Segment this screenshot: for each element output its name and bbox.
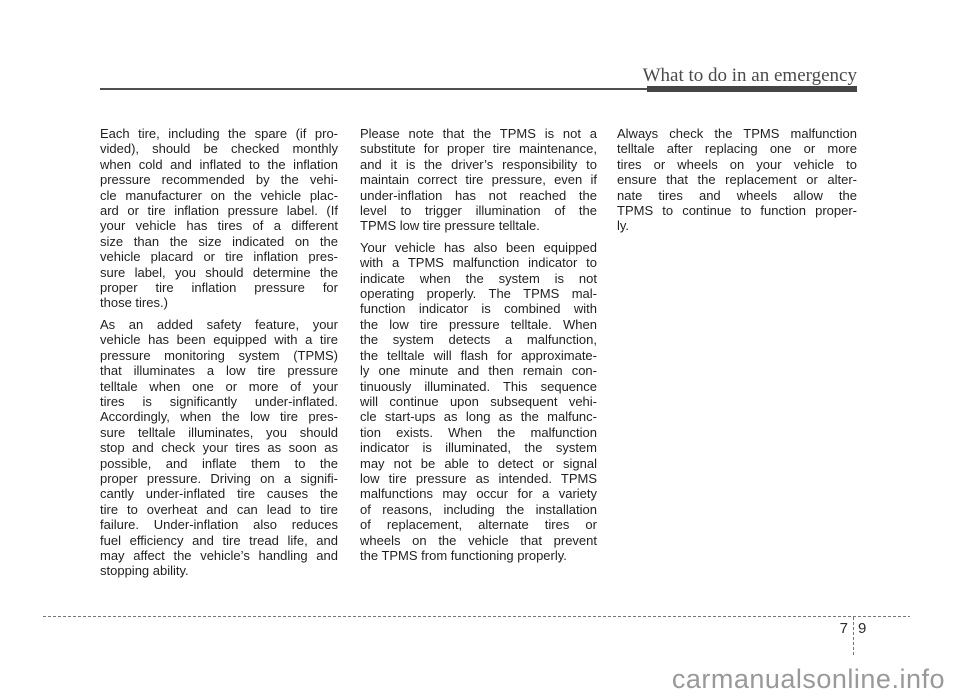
- paragraph: Each tire, including the spare (if pro-v…: [100, 126, 338, 311]
- text-column-3: Always check the TPMS malfunctiontelltal…: [617, 126, 857, 240]
- text-line: the TPMS from functioning properly.: [360, 548, 597, 563]
- text-column-1: Each tire, including the spare (if pro-v…: [100, 126, 338, 585]
- text-line: under-inflation has not reached the: [360, 188, 597, 203]
- page-number: 9: [858, 620, 866, 637]
- footer-divider-line: [853, 617, 854, 656]
- text-line: wheels on the vehicle that prevent: [360, 533, 597, 548]
- text-line: level to trigger illumination of the: [360, 203, 597, 218]
- text-line: TPMS to continue to function proper-: [617, 203, 857, 218]
- text-line: stopping ability.: [100, 563, 338, 578]
- text-line: malfunctions may occur for a variety: [360, 486, 597, 501]
- text-line: low tire pressure as intended. TPMS: [360, 471, 597, 486]
- text-line: fuel efficiency and tire tread life, and: [100, 533, 338, 548]
- text-line: As an added safety feature, your: [100, 317, 338, 332]
- text-line: tion exists. When the malfunction: [360, 425, 597, 440]
- header-rule-thick: [647, 86, 857, 92]
- text-line: failure. Under-inflation also reduces: [100, 517, 338, 532]
- text-line: vided), should be checked monthly: [100, 141, 338, 156]
- text-line: possible, and inflate them to the: [100, 456, 338, 471]
- text-line: when cold and inflated to the inflation: [100, 157, 338, 172]
- chapter-number: 7: [840, 620, 848, 637]
- text-line: vehicle has been equipped with a tire: [100, 332, 338, 347]
- text-line: tire to overheat and can lead to tire: [100, 502, 338, 517]
- text-line: Accordingly, when the low tire pres-: [100, 409, 338, 424]
- text-line: that illuminates a low tire pressure: [100, 363, 338, 378]
- footer-dashed-rule: [43, 616, 910, 617]
- text-line: and it is the driver’s responsibility to: [360, 157, 597, 172]
- text-line: proper tire inflation pressure for: [100, 280, 338, 295]
- text-line: Please note that the TPMS is not a: [360, 126, 597, 141]
- text-line: sure label, you should determine the: [100, 265, 338, 280]
- paragraph: Always check the TPMS malfunctiontelltal…: [617, 126, 857, 234]
- manual-page: What to do in an emergency Each tire, in…: [0, 0, 960, 700]
- text-line: maintain correct tire pressure, even if: [360, 172, 597, 187]
- text-line: tires is significantly under-inflated.: [100, 394, 338, 409]
- text-line: the telltale will flash for approximate-: [360, 348, 597, 363]
- text-line: your vehicle has tires of a different: [100, 218, 338, 233]
- text-line: indicate when the system is not: [360, 271, 597, 286]
- text-line: cle start-ups as long as the malfunc-: [360, 409, 597, 424]
- text-line: nate tires and wheels allow the: [617, 188, 857, 203]
- text-line: tinuously illuminated. This sequence: [360, 379, 597, 394]
- text-line: ly.: [617, 218, 857, 233]
- text-line: stop and check your tires as soon as: [100, 440, 338, 455]
- text-line: cle manufacturer on the vehicle plac-: [100, 188, 338, 203]
- text-line: telltale when one or more of your: [100, 379, 338, 394]
- text-line: may not be able to detect or signal: [360, 456, 597, 471]
- paragraph: Your vehicle has also been equippedwith …: [360, 240, 597, 564]
- text-line: with a TPMS malfunction indicator to: [360, 255, 597, 270]
- text-line: may affect the vehicle’s handling and: [100, 548, 338, 563]
- text-line: telltale after replacing one or more: [617, 141, 857, 156]
- text-line: Your vehicle has also been equipped: [360, 240, 597, 255]
- text-line: ly one minute and then remain con-: [360, 363, 597, 378]
- text-line: pressure recommended by the vehi-: [100, 172, 338, 187]
- text-line: the low tire pressure telltale. When: [360, 317, 597, 332]
- text-column-2: Please note that the TPMS is not asubsti…: [360, 126, 597, 569]
- text-line: ard or tire inflation pressure label. (I…: [100, 203, 338, 218]
- text-line: Each tire, including the spare (if pro-: [100, 126, 338, 141]
- text-line: indicator is illuminated, the system: [360, 440, 597, 455]
- text-line: pressure monitoring system (TPMS): [100, 348, 338, 363]
- watermark-text: carmanualsonline.info: [672, 664, 945, 695]
- text-line: will continue upon subsequent vehi-: [360, 394, 597, 409]
- text-line: cantly under-inflated tire causes the: [100, 486, 338, 501]
- text-line: Always check the TPMS malfunction: [617, 126, 857, 141]
- text-line: function indicator is combined with: [360, 301, 597, 316]
- text-line: vehicle placard or tire inflation pres-: [100, 249, 338, 264]
- text-line: operating properly. The TPMS mal-: [360, 286, 597, 301]
- text-line: ensure that the replacement or alter-: [617, 172, 857, 187]
- text-line: sure telltale illuminates, you should: [100, 425, 338, 440]
- text-line: substitute for proper tire maintenance,: [360, 141, 597, 156]
- text-line: TPMS low tire pressure telltale.: [360, 218, 597, 233]
- text-line: the system detects a malfunction,: [360, 332, 597, 347]
- text-line: those tires.): [100, 295, 338, 310]
- header-rule-thin: [100, 88, 647, 90]
- text-line: size than the size indicated on the: [100, 234, 338, 249]
- text-line: of replacement, alternate tires or: [360, 517, 597, 532]
- text-line: of reasons, including the installation: [360, 502, 597, 517]
- paragraph: Please note that the TPMS is not asubsti…: [360, 126, 597, 234]
- text-line: proper pressure. Driving on a signifi-: [100, 471, 338, 486]
- page-header-title: What to do in an emergency: [643, 65, 857, 87]
- paragraph: As an added safety feature, yourvehicle …: [100, 317, 338, 579]
- text-line: tires or wheels on your vehicle to: [617, 157, 857, 172]
